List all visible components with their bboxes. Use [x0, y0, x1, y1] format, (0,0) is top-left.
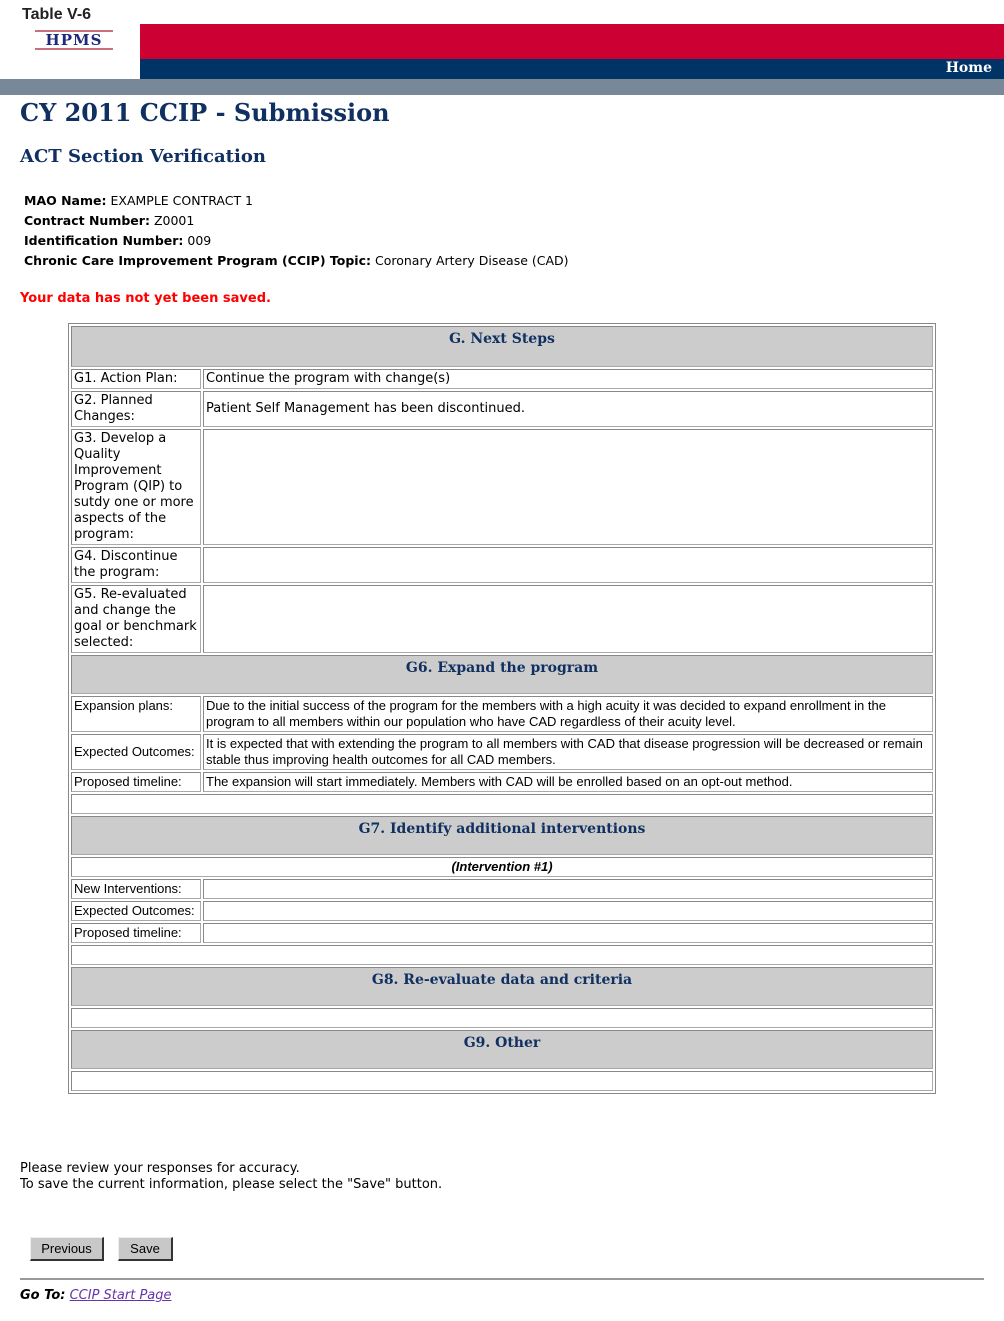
g9-value — [71, 1071, 933, 1091]
spacer-row — [71, 794, 933, 814]
row-label: Proposed timeline: — [71, 923, 201, 943]
hpms-logo: HPMS — [35, 30, 113, 50]
table-row: Proposed timeline: — [71, 923, 933, 943]
save-button[interactable]: Save — [118, 1237, 173, 1261]
section-header-g7: G7. Identify additional interventions — [71, 816, 933, 855]
row-value — [203, 585, 933, 653]
row-label: Proposed timeline: — [71, 772, 201, 792]
table-row: Expansion plans: Due to the initial succ… — [71, 696, 933, 732]
table-row: Expected Outcomes: — [71, 901, 933, 921]
table-row: Proposed timeline: The expansion will st… — [71, 772, 933, 792]
row-label: G1. Action Plan: — [71, 369, 201, 389]
row-label: G3. Develop a Quality Improvement Progra… — [71, 429, 201, 545]
row-value — [203, 547, 933, 583]
section-title: ACT Section Verification — [20, 146, 266, 167]
info-mao-name: MAO Name: EXAMPLE CONTRACT 1 — [24, 191, 569, 211]
row-label: Expansion plans: — [71, 696, 201, 732]
next-steps-table-wrapper: G. Next Steps G1. Action Plan: Continue … — [68, 323, 936, 1094]
review-instructions: Please review your responses for accurac… — [20, 1161, 442, 1193]
table-row: G3. Develop a Quality Improvement Progra… — [71, 429, 933, 545]
review-line-2: To save the current information, please … — [20, 1177, 442, 1193]
header-red-band — [140, 24, 1004, 59]
g8-value — [71, 1008, 933, 1028]
goto-footer: Go To: CCIP Start Page — [20, 1288, 172, 1303]
section-header-g: G. Next Steps — [71, 326, 933, 367]
table-row: G2. Planned Changes: Patient Self Manage… — [71, 391, 933, 427]
page-title: CY 2011 CCIP - Submission — [20, 98, 390, 127]
row-label: G2. Planned Changes: — [71, 391, 201, 427]
info-ccip-topic: Chronic Care Improvement Program (CCIP) … — [24, 251, 569, 271]
info-identification-number: Identification Number: 009 — [24, 231, 569, 251]
info-contract-number: Contract Number: Z0001 — [24, 211, 569, 231]
footer-divider — [20, 1278, 984, 1280]
row-value — [203, 879, 933, 899]
row-label: New Interventions: — [71, 879, 201, 899]
home-link[interactable]: Home — [946, 60, 992, 76]
section-header-g6: G6. Expand the program — [71, 655, 933, 694]
ccip-start-page-link[interactable]: CCIP Start Page — [70, 1288, 172, 1303]
goto-label: Go To: — [20, 1288, 65, 1303]
row-value — [203, 901, 933, 921]
row-value: It is expected that with extending the p… — [203, 734, 933, 770]
header-gray-band — [0, 79, 1004, 95]
row-label: G5. Re-evaluated and change the goal or … — [71, 585, 201, 653]
review-line-1: Please review your responses for accurac… — [20, 1161, 442, 1177]
table-row: Expected Outcomes: It is expected that w… — [71, 734, 933, 770]
row-label: Expected Outcomes: — [71, 901, 201, 921]
row-value — [203, 923, 933, 943]
unsaved-warning: Your data has not yet been saved. — [20, 291, 271, 306]
section-header-g8: G8. Re-evaluate data and criteria — [71, 967, 933, 1006]
header-navy-band — [140, 59, 1004, 79]
row-value: Due to the initial success of the progra… — [203, 696, 933, 732]
previous-button[interactable]: Previous — [30, 1237, 104, 1261]
table-row: G5. Re-evaluated and change the goal or … — [71, 585, 933, 653]
row-value: Continue the program with change(s) — [203, 369, 933, 389]
logo-text: HPMS — [35, 32, 113, 48]
row-value: Patient Self Management has been discont… — [203, 391, 933, 427]
row-label: Expected Outcomes: — [71, 734, 201, 770]
contract-info: MAO Name: EXAMPLE CONTRACT 1 Contract Nu… — [24, 191, 569, 271]
intervention-subheader: (Intervention #1) — [71, 857, 933, 877]
row-label: G4. Discontinue the program: — [71, 547, 201, 583]
next-steps-table: G. Next Steps G1. Action Plan: Continue … — [68, 323, 936, 1094]
spacer-row — [71, 945, 933, 965]
table-row: G1. Action Plan: Continue the program wi… — [71, 369, 933, 389]
row-value — [203, 429, 933, 545]
section-header-g9: G9. Other — [71, 1030, 933, 1069]
table-caption: Table V-6 — [22, 6, 91, 24]
table-row: G4. Discontinue the program: — [71, 547, 933, 583]
table-row: New Interventions: — [71, 879, 933, 899]
row-value: The expansion will start immediately. Me… — [203, 772, 933, 792]
